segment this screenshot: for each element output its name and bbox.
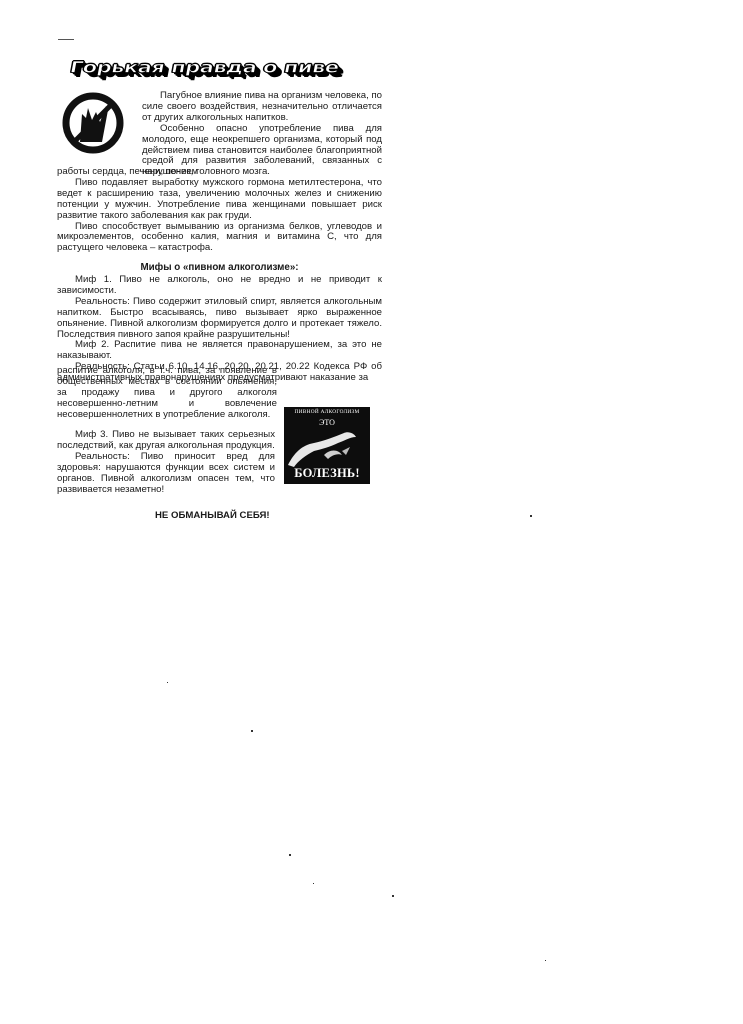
document-page: Горькая правда о пиве Пагубное влияние п… xyxy=(0,0,743,1024)
beer-alcoholism-poster: ПИВНОЙ АЛКОГОЛИЗМ ЭТО БОЛЕЗНЬ! xyxy=(284,407,370,484)
paragraph: Пагубное влияние пива на организм челове… xyxy=(142,91,382,124)
myths-text-middle: распитие алкоголя, в т.ч. пива, за появл… xyxy=(57,366,277,421)
reality-item: Реальность: Пиво приносит вред для здоро… xyxy=(57,452,275,496)
scan-speck xyxy=(530,515,532,517)
intro-text-bottom: работы сердца, печени, почек, головного … xyxy=(57,167,382,254)
myth-item: Миф 2. Распитие пива не является правона… xyxy=(57,340,382,362)
myth-item: Миф 1. Пиво не алкоголь, оно не вредно и… xyxy=(57,275,382,297)
myths-heading: Мифы о «пивном алкоголизме»: xyxy=(57,262,382,273)
myth-item: Миф 3. Пиво не вызывает таких серьезных … xyxy=(57,430,275,452)
no-beer-icon xyxy=(62,92,124,154)
poster-bottom-text: БОЛЕЗНЬ! xyxy=(284,466,370,481)
document-title: Горькая правда о пиве xyxy=(68,56,390,79)
scan-speck xyxy=(392,895,394,897)
poster-illustration-icon xyxy=(284,425,370,467)
scan-speck xyxy=(251,730,253,732)
scan-mark xyxy=(58,39,74,40)
scan-speck xyxy=(313,883,314,884)
paragraph: Пиво подавляет выработку мужского гормон… xyxy=(57,178,382,222)
footer-slogan: НЕ ОБМАНЫВАЙ СЕБЯ! xyxy=(155,510,270,521)
scan-speck xyxy=(289,854,291,856)
scan-speck xyxy=(167,682,168,683)
reality-item: Реальность: Пиво содержит этиловый спирт… xyxy=(57,297,382,341)
reality-item-continued: распитие алкоголя, в т.ч. пива, за появл… xyxy=(57,366,277,421)
myths-text-bottom: Миф 3. Пиво не вызывает таких серьезных … xyxy=(57,430,275,495)
paragraph: Пиво способствует вымыванию из организма… xyxy=(57,222,382,255)
scan-speck xyxy=(545,960,546,961)
poster-top-text: ПИВНОЙ АЛКОГОЛИЗМ xyxy=(284,409,370,415)
